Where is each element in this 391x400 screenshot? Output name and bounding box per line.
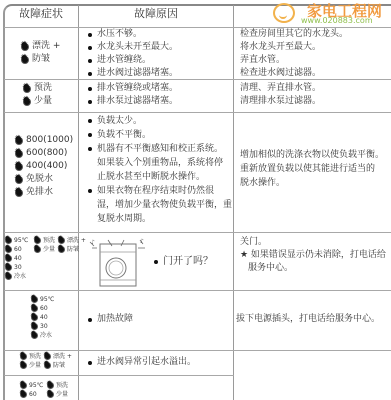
indicator-label: 漂洗 + — [53, 352, 72, 361]
row-divider — [4, 290, 391, 291]
indicator-label: 少量 — [34, 95, 52, 108]
indicator-row: 40 — [5, 254, 86, 263]
solution-item: 清理排水泵过滤器。 — [240, 95, 321, 108]
cause-item-continued: 如果装入个别重物品，系统将停 — [86, 156, 232, 170]
indicator-label: 600(800) — [26, 147, 67, 160]
row-2-symptom: 预洗 少量 — [22, 82, 52, 108]
svg-text:♪: ♪ — [140, 238, 144, 245]
indicator-label: 冷水 — [14, 272, 26, 281]
watermark-url: www.020883.com — [301, 16, 373, 25]
watermark-logo-icon — [273, 3, 295, 23]
row-4-symptom: 95℃ 预洗 漂洗 + 60 少量 防皱 40 30 冷水 — [5, 236, 86, 281]
indicator-row: 少量 防皱 — [20, 361, 72, 370]
row-divider — [4, 232, 391, 233]
indicator-label: 防皱 — [53, 361, 65, 370]
row-divider — [4, 350, 391, 351]
cause-item: 排水泵过滤器堵塞。 — [86, 95, 178, 108]
cause-item: 进水管缠绕。 — [86, 54, 178, 67]
indicator: 冷水 — [31, 331, 54, 340]
row-4-cause: 门开了吗？ — [152, 255, 213, 268]
row-1-symptom: 漂洗 + 防皱 — [20, 40, 60, 66]
row-divider — [4, 375, 234, 376]
row-3-solution: 增加相似的洗涤衣物以使负载平衡。 重新放置负载以使其能进行适当的 脱水操作。 — [240, 148, 384, 190]
indicator-lamp-icon — [14, 162, 24, 172]
indicator: 免脱水 — [14, 173, 73, 186]
cause-item: 负载不平衡。 — [86, 128, 232, 142]
washing-machine-illustration: ♪ ♪ — [88, 236, 148, 288]
indicator: 少量 — [22, 95, 52, 108]
indicator-label: 30 — [40, 322, 48, 331]
indicator-row: 60 少量 防皱 — [5, 245, 86, 254]
cause-item: 负载太少。 — [86, 114, 232, 128]
row-divider — [4, 112, 391, 113]
cause-item-continued: 湿，增加少量衣物使负载平衡，重 — [86, 198, 232, 212]
solution-item: 关门。 — [240, 236, 386, 249]
indicator-lamp-icon — [14, 149, 24, 159]
cause-item: 水压不够。 — [86, 28, 178, 41]
column-divider-2 — [233, 5, 234, 400]
indicator-label: 95℃ — [14, 236, 34, 245]
indicator-label: 冷水 — [40, 331, 52, 340]
indicator-label: 预洗 — [29, 352, 44, 361]
cause-item: 排水管缠绕或堵塞。 — [86, 82, 178, 95]
indicator-row: 95℃ 预洗 — [20, 381, 68, 390]
indicator-lamp-icon — [31, 332, 38, 339]
indicator-label: 防皱 — [32, 53, 50, 66]
cause-item: 如果衣物在程序结束时仍然很 — [86, 184, 232, 198]
indicator-lamp-icon — [20, 362, 27, 369]
solution-item: 服务中心。 — [240, 262, 386, 275]
solution-item: ★ 如果错误显示仍未消除，打电话给 — [240, 249, 386, 262]
row-7-symptom: 95℃ 预洗 60 少量 — [20, 381, 68, 399]
row-2-cause: 排水管缠绕或堵塞。 排水泵过滤器堵塞。 — [86, 82, 178, 108]
row-1-solution: 检查房间里其它的水龙头。 将水龙头开至最大。 弄直水管。 检查进水阀过滤器。 — [240, 28, 348, 80]
indicator-lamp-icon — [20, 55, 30, 65]
indicator-label: 预洗 — [34, 82, 52, 95]
solution-item: 增加相似的洗涤衣物以使负载平衡。 — [240, 148, 384, 162]
solution-item: 拔下电源插头，打电话给服务中心。 — [236, 313, 380, 326]
indicator-label: 少量 — [29, 361, 44, 370]
row-5-solution: 拔下电源插头，打电话给服务中心。 — [236, 313, 380, 326]
solution-item: 将水龙头开至最大。 — [240, 41, 348, 54]
indicator: 800(1000) — [14, 134, 73, 147]
indicator-label: 预洗 — [56, 381, 68, 390]
cause-item: 进水阀过滤器堵塞。 — [86, 67, 178, 80]
indicator-label: 95℃ — [40, 295, 54, 304]
watermark: 家电工程网 www.020883.com — [271, 1, 389, 27]
indicator-label: 800(1000) — [26, 134, 73, 147]
indicator: 600(800) — [14, 147, 73, 160]
indicator-label: 漂洗 + — [67, 236, 86, 245]
solution-item: 弄直水管。 — [240, 54, 348, 67]
solution-item: 检查房间里其它的水龙头。 — [240, 28, 348, 41]
row-5-cause: 加热故障 — [86, 313, 133, 326]
indicator-label: 防皱 — [67, 245, 79, 254]
indicator-lamp-icon — [20, 391, 27, 398]
cause-item: 门开了吗？ — [152, 255, 213, 268]
indicator-label: 少量 — [43, 245, 58, 254]
row-6-symptom: 预洗 漂洗 + 少量 防皱 — [20, 352, 72, 370]
svg-text:♪: ♪ — [91, 239, 95, 246]
indicator-lamp-icon — [44, 362, 51, 369]
indicator-label: 400(400) — [26, 160, 67, 173]
indicator-lamp-icon — [47, 391, 54, 398]
row-5-symptom: 95℃ 60 40 30 冷水 — [31, 295, 54, 340]
header-symptom: 故障症状 — [4, 5, 78, 21]
indicator-row: 95℃ 预洗 漂洗 + — [5, 236, 86, 245]
indicator-row: 冷水 — [5, 272, 86, 281]
header-cause: 故障原因 — [79, 5, 233, 21]
indicator-label: 40 — [14, 254, 22, 263]
indicator: 免排水 — [14, 186, 73, 199]
solution-item: 重新放置负载以使其能进行适当的 — [240, 162, 384, 176]
indicator-label: 30 — [14, 263, 22, 272]
indicator-label: 60 — [29, 390, 47, 399]
cause-item-continued: 止脱水甚至中断脱水操作。 — [86, 170, 232, 184]
row-1-cause: 水压不够。 水龙头未开至最大。 进水管缠绕。 进水阀过滤器堵塞。 — [86, 28, 178, 80]
indicator-label: 预洗 — [43, 236, 58, 245]
solution-item: 脱水操作。 — [240, 176, 384, 190]
column-divider-1 — [78, 5, 79, 400]
indicator-row: 30 — [5, 263, 86, 272]
cause-item-continued: 复脱水周期。 — [86, 212, 232, 226]
indicator-lamp-icon — [58, 246, 65, 253]
indicator-lamp-icon — [22, 97, 32, 107]
cause-item: 机器有不平衡感知和校正系统。 — [86, 142, 232, 156]
indicator-label: 漂洗 + — [32, 40, 60, 53]
indicator-lamp-icon — [22, 84, 32, 94]
indicator-label: 60 — [40, 304, 48, 313]
solution-item: 清理、弄直排水管。 — [240, 82, 321, 95]
indicator-label: 免脱水 — [26, 173, 53, 186]
row-2-solution: 清理、弄直排水管。 清理排水泵过滤器。 — [240, 82, 321, 108]
indicator-lamp-icon — [5, 273, 12, 280]
indicator-label: 免排水 — [26, 186, 53, 199]
washing-machine-door-open-icon: ♪ ♪ — [88, 236, 148, 288]
indicator-lamp-icon — [20, 42, 30, 52]
indicator-lamp-icon — [14, 136, 24, 146]
indicator-label: 少量 — [56, 390, 68, 399]
indicator-label: 40 — [40, 313, 48, 322]
indicator-lamp-icon — [14, 175, 24, 185]
indicator-lamp-icon — [34, 246, 41, 253]
indicator-row: 60 少量 — [20, 390, 68, 399]
indicator-lamp-icon — [14, 188, 24, 198]
solution-item: 检查进水阀过滤器。 — [240, 67, 348, 80]
cause-item: 水龙头未开至最大。 — [86, 41, 178, 54]
row-3-cause: 负载太少。 负载不平衡。 机器有不平衡感知和校正系统。 如果装入个别重物品，系统… — [86, 114, 232, 226]
indicator-label: 60 — [14, 245, 34, 254]
indicator-label: 95℃ — [29, 381, 47, 390]
cause-item: 进水阀异常引起水溢出。 — [86, 356, 196, 369]
row-6-cause: 进水阀异常引起水溢出。 — [86, 356, 196, 369]
indicator: 防皱 — [20, 53, 60, 66]
cause-item: 加热故障 — [86, 313, 133, 326]
indicator: 400(400) — [14, 160, 73, 173]
row-3-symptom: 800(1000) 600(800) 400(400) 免脱水 免排水 — [14, 134, 73, 199]
row-4-solution: 关门。 ★ 如果错误显示仍未消除，打电话给 服务中心。 — [240, 236, 386, 275]
